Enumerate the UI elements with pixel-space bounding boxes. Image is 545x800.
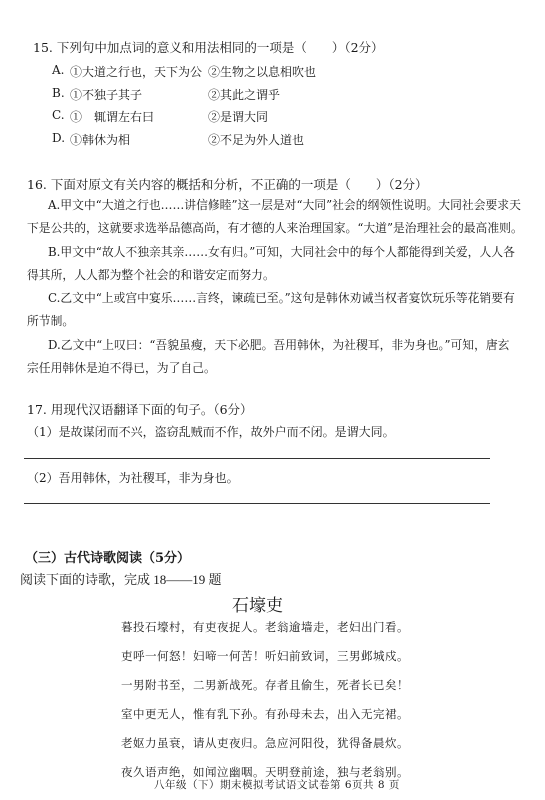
option-c-label: C. — [52, 108, 65, 122]
poem-line: 一男附书至，二男新战死。存者且偷生，死者长已矣！ — [121, 677, 409, 693]
question-15-title: 15. 下列句中加点词的意义和用法相同的一项是（ ）（2分） — [33, 38, 384, 56]
page-footer: 八年级（下）期末模拟考试语文试卷第 6页共 8 页 — [154, 777, 400, 792]
q16-option-b-line1: B.甲文中“故人不独亲其亲……女有归。”可知，大同社会中的每个人都能得到关爱，人… — [48, 241, 515, 264]
section-heading: （三）古代诗歌阅读（5分） — [25, 547, 190, 566]
section-instruction: 阅读下面的诗歌，完成 18——19 题 — [20, 569, 222, 588]
q16-option-c-line1: C.乙文中“上或宫中宴乐……言终，谏疏已至。”这句是韩休劝诫当权者宴饮玩乐等花销… — [48, 287, 515, 310]
q16-option-a-line2: 下是公共的，这就要求选举品德高尚，有才德的人来治理国家。“大道”是治理社会的最高… — [27, 217, 523, 240]
poem-line: 吏呼一何怒！妇啼一何苦！听妇前致词，三男邺城戍。 — [121, 648, 409, 664]
q17-item-2: （2）吾用韩休，为社稷耳，非为身也。 — [27, 469, 239, 486]
poem-line: 老妪力虽衰，请从吏夜归。急应河阳役，犹得备晨炊。 — [121, 735, 409, 751]
option-d-first: ①韩休为相 — [70, 131, 130, 148]
option-d-second: ②不足为外人道也 — [208, 131, 304, 148]
poem-title: 石壕吏 — [232, 591, 283, 616]
answer-line-1[interactable] — [24, 458, 490, 459]
option-a-first: ①大道之行也，天下为公 — [70, 63, 202, 80]
option-b-first: ①不独子其子 — [70, 86, 142, 103]
option-c-second: ②是谓大同 — [208, 108, 268, 125]
q16-option-d-line2: 宗任用韩休是迫不得已，为了自己。 — [27, 357, 216, 380]
option-b-second: ②其此之谓乎 — [208, 86, 280, 103]
poem-line: 室中更无人，惟有乳下孙。有孙母未去，出入无完裙。 — [121, 706, 409, 722]
option-b-label: B. — [52, 86, 65, 100]
q16-option-c-line2: 所节制。 — [27, 310, 74, 333]
poem-line: 暮投石壕村，有吏夜捉人。老翁逾墙走，老妇出门看。 — [121, 619, 409, 635]
option-a-label: A. — [52, 63, 64, 77]
question-17-title: 17. 用现代汉语翻译下面的句子。（6分） — [27, 400, 253, 418]
option-a-second: ②生物之以息相吹也 — [208, 63, 316, 80]
option-c-first: ① 辄谓左右曰 — [70, 108, 154, 125]
option-d-label: D. — [52, 131, 65, 145]
question-16-title: 16. 下面对原文有关内容的概括和分析，不正确的一项是（ ）（2分） — [27, 175, 428, 193]
q16-option-a-line1: A.甲文中“大道之行也……讲信修睦”这一层是对“大同”社会的纲领性说明。大同社会… — [48, 194, 521, 217]
q16-option-b-line2: 得其所，人人都为整个社会的和谐安定而努力。 — [27, 264, 275, 287]
q16-option-d-line1: D.乙文中“上叹曰：“吾貌虽瘦，天下必肥。吾用韩休，为社稷耳，非为身也。”可知，… — [48, 334, 509, 357]
answer-line-2[interactable] — [24, 503, 490, 504]
q17-item-1: （1）是故谋闭而不兴，盗窃乱贼而不作，故外户而不闭。是谓大同。 — [27, 423, 395, 440]
